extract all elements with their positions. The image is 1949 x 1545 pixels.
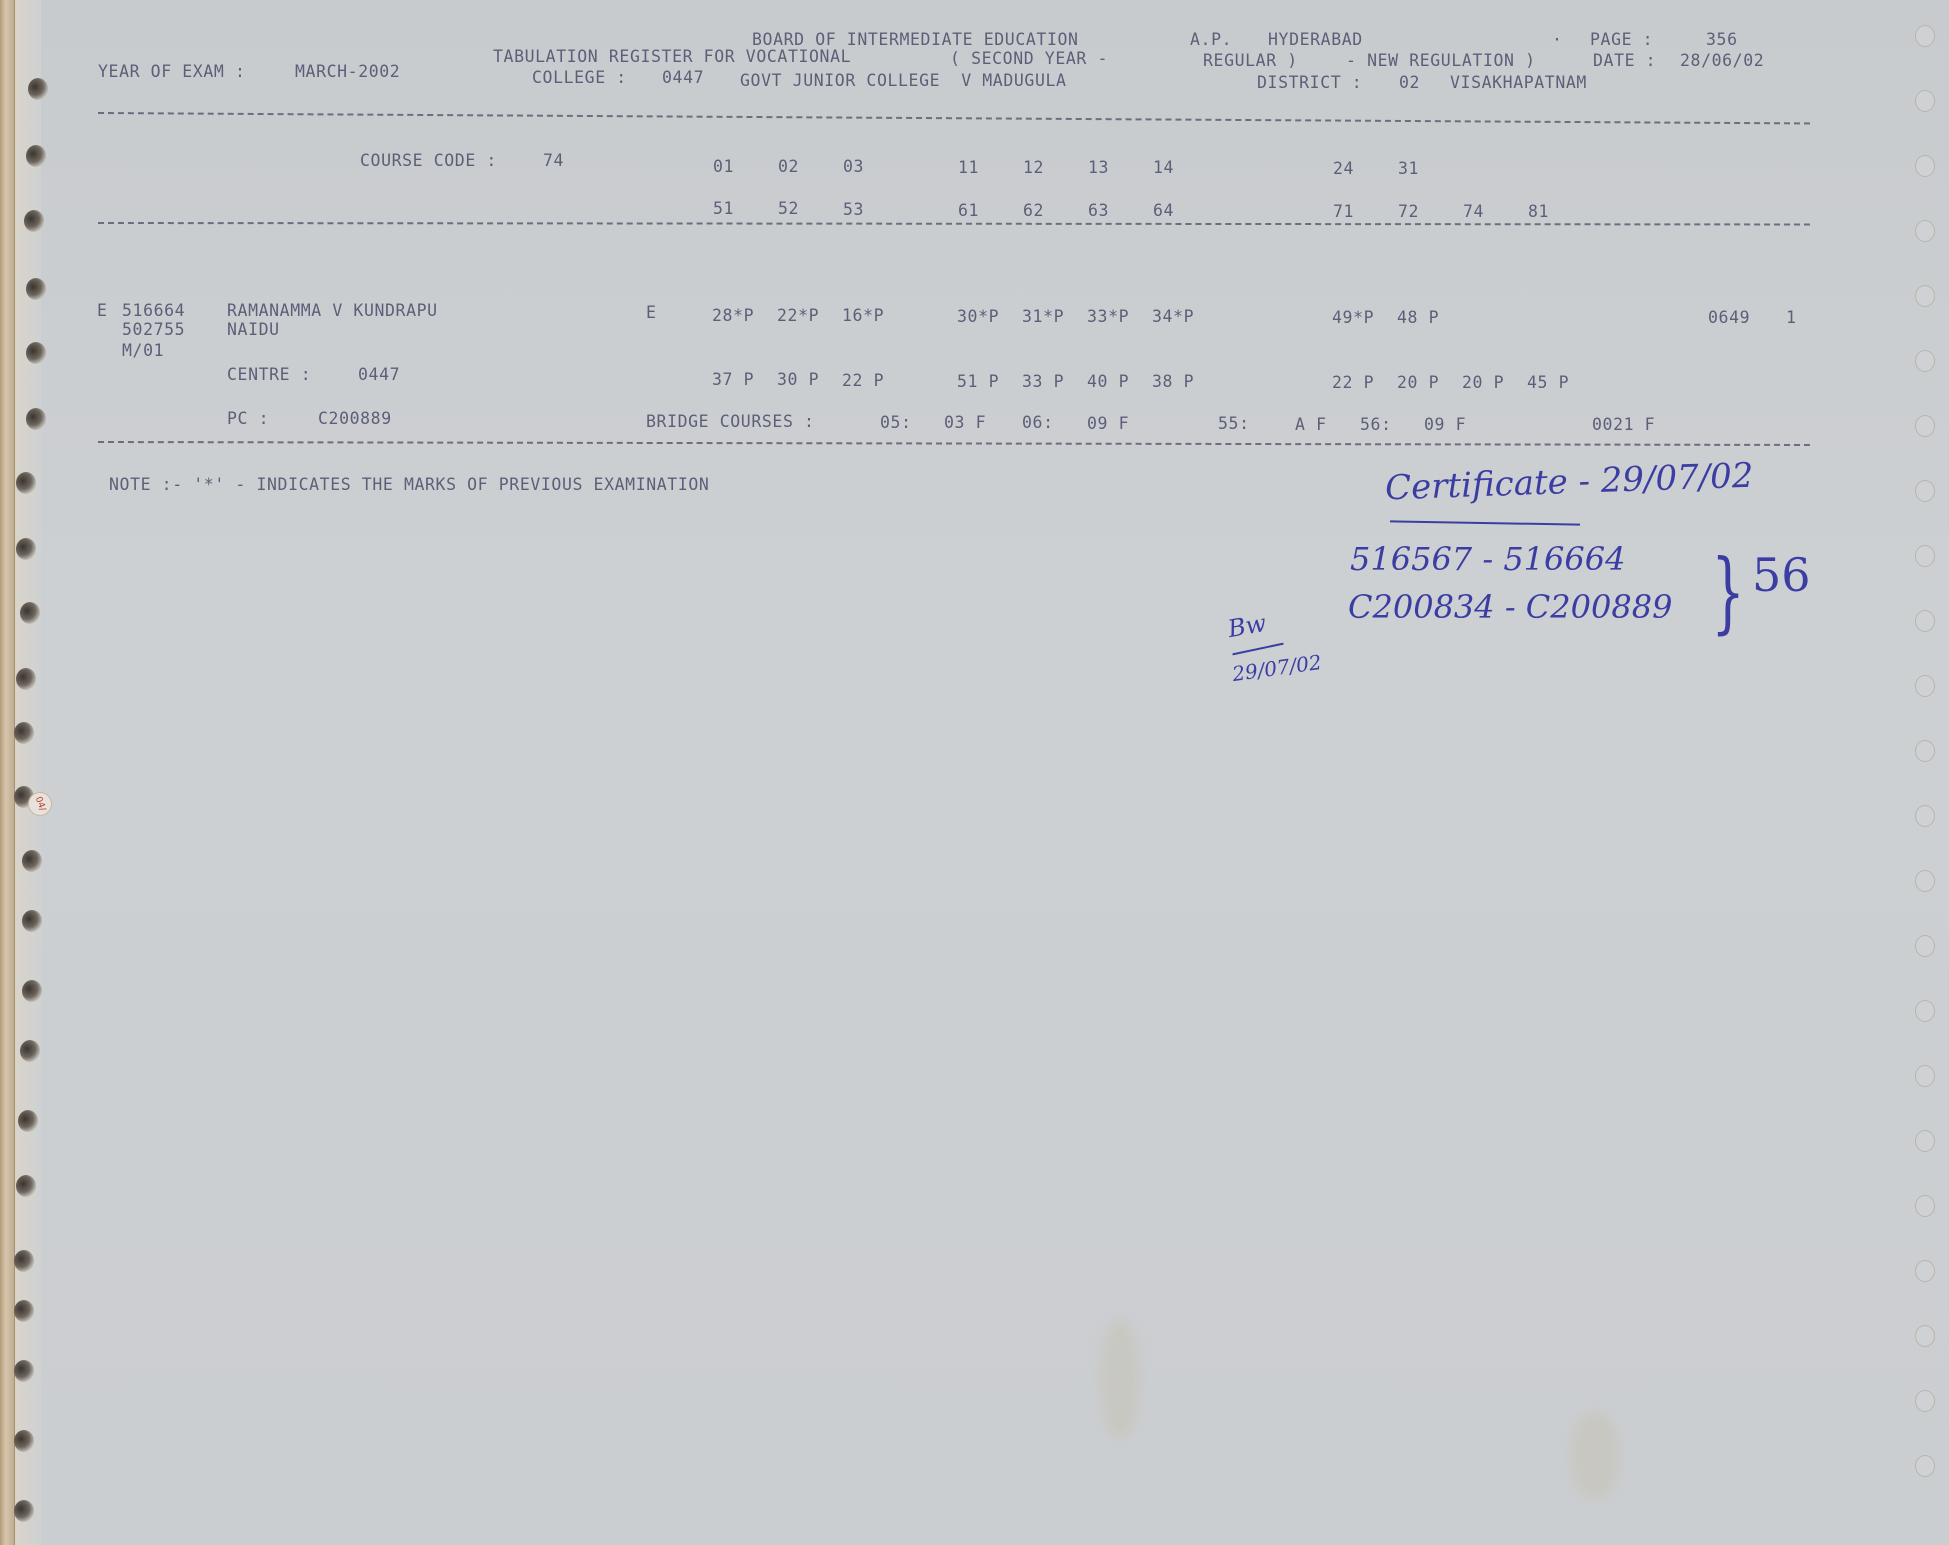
registration-number: 502755 <box>122 320 185 340</box>
subject-code: 12 <box>1023 158 1044 178</box>
subject-code: 02 <box>778 157 799 177</box>
perforation-hole <box>14 1250 34 1272</box>
perforation-hole-right <box>1915 415 1935 437</box>
perforation-hole <box>14 1360 34 1382</box>
mark-cell: 38 P <box>1152 372 1194 392</box>
mark-cell: 40 P <box>1087 372 1129 392</box>
perforation-hole <box>26 342 46 364</box>
perforation-hole-right <box>1915 90 1935 112</box>
mark-cell: 49*P <box>1332 308 1374 328</box>
mark-cell: 28*P <box>712 306 754 326</box>
subject-code: 52 <box>778 199 799 219</box>
date-label: DATE : <box>1593 51 1656 71</box>
paper-stain <box>1100 1320 1140 1440</box>
perforation-hole-right <box>1915 1325 1935 1347</box>
year-type: ( SECOND YEAR - <box>950 49 1108 69</box>
perforation-hole <box>16 472 36 494</box>
perforation-hole-right <box>1915 1195 1935 1217</box>
register-title: TABULATION REGISTER FOR VOCATIONAL <box>493 47 851 67</box>
print-date: 28/06/02 <box>1680 51 1764 71</box>
mark-cell: 20 P <box>1462 373 1504 393</box>
handwritten-pc-range: C200834 - C200889 <box>1348 588 1672 626</box>
mark-cell: 22 P <box>1332 373 1374 393</box>
footnote: NOTE :- '*' - INDICATES THE MARKS OF PRE… <box>109 475 709 495</box>
gender-group: M/01 <box>122 341 164 361</box>
state-name: A.P. <box>1190 30 1232 50</box>
bridge-code: 55: <box>1218 414 1250 434</box>
bridge-total: 0021 F <box>1592 415 1655 435</box>
mark-cell: 30*P <box>957 307 999 327</box>
perforation-hole <box>28 78 48 100</box>
perforation-hole-right <box>1915 285 1935 307</box>
subject-code: 62 <box>1023 201 1044 221</box>
perforation-hole <box>20 1040 40 1062</box>
college-name: GOVT JUNIOR COLLEGE V MADUGULA <box>740 71 1067 91</box>
perforation-hole <box>20 602 40 624</box>
subject-code: 72 <box>1398 202 1419 222</box>
handwritten-underline <box>1390 520 1580 525</box>
perforation-hole <box>26 278 46 300</box>
perforation-hole-right <box>1915 740 1935 762</box>
perforation-hole-right <box>1915 870 1935 892</box>
subject-code: 11 <box>958 158 979 178</box>
dashed-divider <box>98 441 1810 446</box>
tabulation-register-sheet: 04/ BOARD OF INTERMEDIATE EDUCATION A.P.… <box>0 0 1949 1545</box>
subject-code: 24 <box>1333 159 1354 179</box>
perforation-hole <box>18 1110 38 1132</box>
centre-label: CENTRE : <box>227 365 311 385</box>
perforation-hole-right <box>1915 1130 1935 1152</box>
bridge-mark: 09 F <box>1424 415 1466 435</box>
subject-code: 71 <box>1333 202 1354 222</box>
binding-strip <box>0 0 14 1545</box>
perforation-hole-right <box>1915 220 1935 242</box>
year-of-exam: MARCH-2002 <box>295 62 400 82</box>
subject-code: 74 <box>1463 202 1484 222</box>
bridge-code: 06: <box>1022 413 1054 433</box>
mark-cell: 34*P <box>1152 307 1194 327</box>
perforation-hole-right <box>1915 155 1935 177</box>
perforation-hole-right <box>1915 545 1935 567</box>
student-name: RAMANAMMA V KUNDRAPU <box>227 301 438 321</box>
city-name: HYDERABAD <box>1268 30 1363 50</box>
mark-cell: 31*P <box>1022 307 1064 327</box>
perforation-hole-right <box>1915 935 1935 957</box>
paper-stain <box>1570 1410 1620 1500</box>
centre-code: 0447 <box>358 365 400 385</box>
subject-code: 13 <box>1088 158 1109 178</box>
hall-ticket-number: 516664 <box>122 301 185 321</box>
perforation-hole <box>14 1430 34 1452</box>
subject-code: 81 <box>1528 202 1549 222</box>
perforation-hole <box>22 980 42 1002</box>
mark-cell: 37 P <box>712 370 754 390</box>
perforation-hole <box>22 850 42 872</box>
handwritten-initials-line <box>1232 643 1283 656</box>
perforation-hole-right <box>1915 1260 1935 1282</box>
mark-cell: 30 P <box>777 370 819 390</box>
handwritten-brace: } <box>1711 540 1745 643</box>
year-of-exam-label: YEAR OF EXAM : <box>98 62 245 82</box>
regulation-type: - NEW REGULATION ) <box>1346 51 1536 71</box>
perforation-hole-right <box>1915 610 1935 632</box>
bridge-code: 05: <box>880 413 912 433</box>
medium: E <box>646 303 657 323</box>
district-label: DISTRICT : <box>1257 73 1362 93</box>
subject-code: 03 <box>843 157 864 177</box>
bridge-mark: 03 F <box>944 413 986 433</box>
subject-code: 64 <box>1153 201 1174 221</box>
perforation-hole-right <box>1915 675 1935 697</box>
mark-cell: 16*P <box>842 306 884 326</box>
handwritten-count: 56 <box>1752 548 1811 602</box>
subject-code: 61 <box>958 201 979 221</box>
perforation-hole-right <box>1915 1455 1935 1477</box>
record-prefix: E <box>97 301 108 321</box>
bullet-mark: · <box>1552 30 1563 50</box>
perforation-hole <box>24 210 44 232</box>
mark-cell: 33*P <box>1087 307 1129 327</box>
perforation-hole-right <box>1915 350 1935 372</box>
page-number: 356 <box>1706 30 1738 50</box>
perforation-hole-right <box>1915 1065 1935 1087</box>
subject-code: 51 <box>713 199 734 219</box>
perforation-hole <box>22 910 42 932</box>
pc-label: PC : <box>227 409 269 429</box>
perforation-hole <box>16 538 36 560</box>
bridge-mark: 09 F <box>1087 414 1129 434</box>
perforation-hole-right <box>1915 1390 1935 1412</box>
district-code: 02 <box>1399 73 1420 93</box>
perforation-hole <box>16 1175 36 1197</box>
bridge-mark: A F <box>1295 415 1327 435</box>
handwritten-certificate-note: Certificate - 29/07/02 <box>1384 456 1754 509</box>
perforation-hole-right <box>1915 25 1935 47</box>
district-name: VISAKHAPATNAM <box>1450 73 1587 93</box>
mark-cell: 22*P <box>777 306 819 326</box>
result-code: 1 <box>1786 308 1797 328</box>
subject-code: 31 <box>1398 159 1419 179</box>
perforation-hole <box>14 1500 34 1522</box>
page-label: PAGE : <box>1590 30 1653 50</box>
bridge-code: 56: <box>1360 415 1392 435</box>
subject-code: 14 <box>1153 158 1174 178</box>
bridge-courses-label: BRIDGE COURSES : <box>646 412 815 432</box>
dashed-divider <box>98 112 1810 124</box>
college-code: 0447 <box>662 68 704 88</box>
subject-code: 53 <box>843 200 864 220</box>
course-code-label: COURSE CODE : <box>360 151 497 171</box>
mark-cell: 22 P <box>842 371 884 391</box>
perforation-hole <box>14 1300 34 1322</box>
pc-number: C200889 <box>318 409 392 429</box>
exam-regular: REGULAR ) <box>1203 51 1298 71</box>
handwritten-hall-ticket-range: 516567 - 516664 <box>1350 540 1625 578</box>
subject-code: 01 <box>713 157 734 177</box>
mark-cell: 51 P <box>957 372 999 392</box>
student-name-cont: NAIDU <box>227 320 280 340</box>
handwritten-initials-date: 29/07/02 <box>1231 650 1323 686</box>
mark-cell: 48 P <box>1397 308 1439 328</box>
dashed-divider <box>98 222 1810 225</box>
perforation-hole <box>26 408 46 430</box>
mark-cell: 20 P <box>1397 373 1439 393</box>
perforation-hole-right <box>1915 805 1935 827</box>
subject-code: 63 <box>1088 201 1109 221</box>
perforation-hole-right <box>1915 1000 1935 1022</box>
perforation-hole <box>26 145 46 167</box>
handwritten-initials: Bw <box>1226 609 1268 643</box>
mark-cell: 33 P <box>1022 372 1064 392</box>
college-label: COLLEGE : <box>532 68 627 88</box>
course-code: 74 <box>543 151 564 171</box>
mark-cell: 45 P <box>1527 373 1569 393</box>
grand-total: 0649 <box>1708 308 1750 328</box>
perforation-hole-right <box>1915 480 1935 502</box>
perforation-hole <box>16 668 36 690</box>
perforation-hole <box>14 722 34 744</box>
